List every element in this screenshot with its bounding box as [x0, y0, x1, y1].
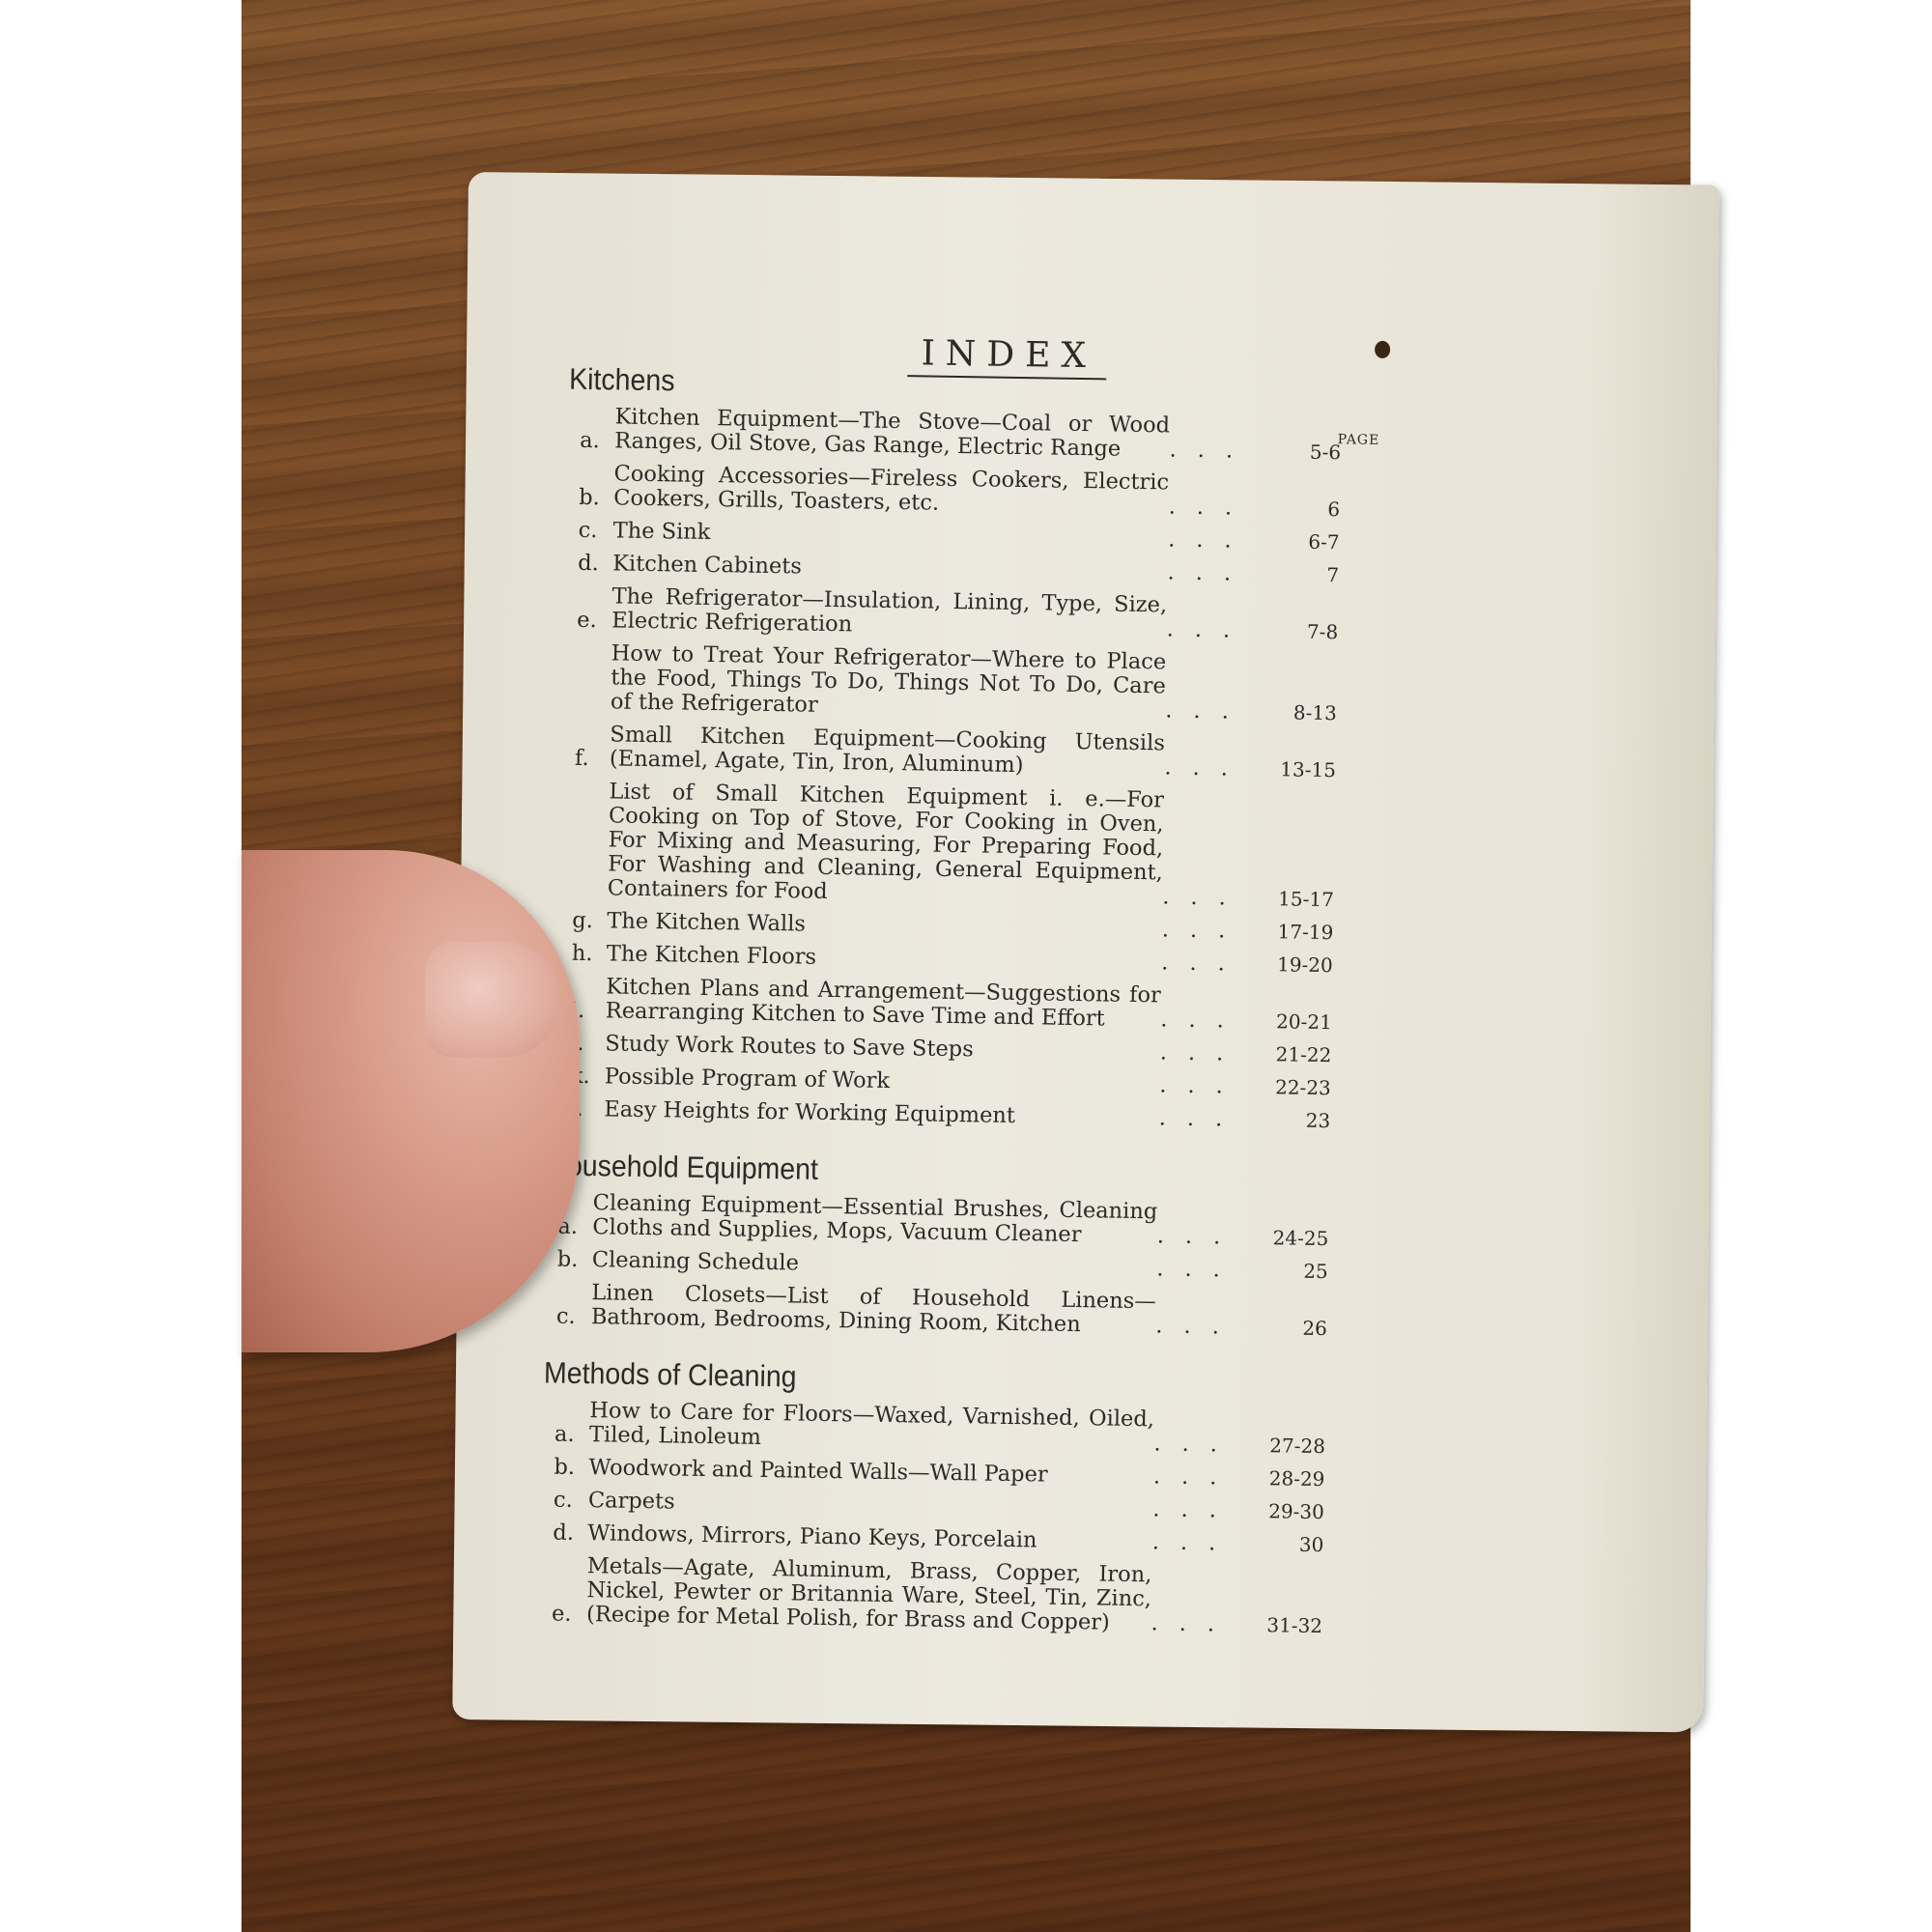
entry-page-number: 15-17 [1247, 887, 1334, 912]
entry-page-number: 17-19 [1246, 920, 1333, 945]
entry-letter: h. [560, 942, 607, 967]
index-entry: j.Study Work Routes to Save Steps...21-2… [558, 1032, 1331, 1068]
entry-letter: c. [542, 1488, 588, 1513]
index-entry: b.Cleaning Schedule...25 [546, 1247, 1328, 1284]
entry-text: Linen Closets—List of Household Linens—B… [591, 1281, 1156, 1338]
entry-page-number: 20-21 [1245, 1009, 1332, 1035]
entry-text: The Sink [613, 519, 1169, 552]
entry-text: Kitchen Plans and Arrangement—Suggestion… [606, 975, 1161, 1032]
entry-text: The Refrigerator—Insulation, Lining, Typ… [611, 584, 1167, 641]
index-entry: c.Carpets...29-30 [542, 1488, 1324, 1524]
entry-text: How to Treat Your Refrigerator—Where to … [611, 641, 1167, 723]
index-entry: e.The Refrigerator—Insulation, Lining, T… [565, 584, 1339, 645]
entry-text: Possible Program of Work [605, 1065, 1160, 1097]
index-entry: b.Woodwork and Painted Walls—Wall Paper.… [542, 1455, 1324, 1492]
index-entry: d.Windows, Mirrors, Piano Keys, Porcelai… [541, 1520, 1323, 1557]
index-entry: c.Linen Closets—List of Household Linens… [545, 1280, 1328, 1341]
index-entry-list: a.How to Care for Floors—Waxed, Varnishe… [540, 1398, 1326, 1638]
leader-dots: ... [1167, 560, 1252, 585]
entry-page-number: 5-6 [1254, 440, 1341, 465]
entry-page-number: 6 [1253, 497, 1340, 522]
entry-letter: b. [546, 1247, 592, 1272]
index-sections: KitchensPAGEa.Kitchen Equipment—The Stov… [569, 362, 1343, 1647]
entry-letter: a. [568, 429, 614, 454]
entry-letter: b. [567, 486, 613, 511]
entry-letter: e. [540, 1602, 586, 1627]
index-entry: l.Easy Heights for Working Equipment...2… [557, 1097, 1330, 1134]
leader-dots: ... [1156, 1257, 1241, 1282]
index-entry-list: a.Cleaning Equipment—Essential Brushes, … [545, 1190, 1329, 1341]
leader-dots: ... [1151, 1611, 1236, 1636]
leader-dots: ... [1153, 1432, 1238, 1457]
entry-text: List of Small Kitchen Equipment i. e.—Fo… [608, 780, 1164, 909]
entry-page-number: 29-30 [1237, 1499, 1324, 1524]
leader-dots: ... [1169, 495, 1254, 520]
entry-page-number: 28-29 [1237, 1466, 1324, 1492]
entry-text: Study Work Routes to Save Steps [605, 1032, 1160, 1065]
leader-dots: ... [1160, 1040, 1245, 1065]
entry-text: Easy Heights for Working Equipment [604, 1097, 1159, 1130]
entry-page-number: 23 [1243, 1108, 1330, 1133]
index-entry: a.Kitchen Equipment—The Stove—Coal or Wo… [568, 405, 1342, 466]
index-entry: How to Treat Your Refrigerator—Where to … [564, 641, 1338, 726]
entry-letter: a. [543, 1422, 589, 1447]
index-entry-list: a.Kitchen Equipment—The Stove—Coal or Wo… [557, 405, 1342, 1133]
entry-letter: e. [565, 609, 611, 634]
leader-dots: ... [1160, 1008, 1245, 1033]
index-entry: c.The Sink...6-7 [567, 519, 1340, 555]
entry-text: Kitchen Equipment—The Stove—Coal or Wood… [614, 405, 1170, 462]
entry-page-number: 13-15 [1249, 757, 1336, 782]
entry-page-number: 19-20 [1246, 952, 1333, 978]
leader-dots: ... [1157, 1224, 1242, 1249]
index-entry: k.Possible Program of Work...22-23 [558, 1065, 1331, 1101]
leader-dots: ... [1164, 755, 1249, 781]
entry-text: How to Care for Floors—Waxed, Varnished,… [589, 1399, 1154, 1456]
entry-text: Cleaning Equipment—Essential Brushes, Cl… [592, 1191, 1157, 1248]
entry-text: Cooking Accessories—Fireless Cookers, El… [613, 462, 1169, 519]
entry-letter [561, 900, 608, 901]
leader-dots: ... [1165, 698, 1250, 724]
leader-dots: ... [1152, 1530, 1237, 1555]
leader-dots: ... [1169, 438, 1254, 463]
entry-letter: b. [542, 1455, 588, 1480]
entry-text: Woodwork and Painted Walls—Wall Paper [588, 1456, 1153, 1489]
entry-page-number: 31-32 [1236, 1613, 1322, 1638]
entry-text: Kitchen Cabinets [612, 552, 1168, 584]
entry-text: The Kitchen Floors [607, 942, 1162, 975]
index-section: Methods of Cleaninga.How to Care for Flo… [540, 1355, 1326, 1638]
index-entry: a.Cleaning Equipment—Essential Brushes, … [546, 1190, 1329, 1251]
entry-page-number: 8-13 [1250, 700, 1337, 725]
entry-page-number: 26 [1240, 1316, 1327, 1341]
index-entry: e.Metals—Agate, Aluminum, Brass, Copper,… [540, 1553, 1323, 1638]
index-entry: d.Kitchen Cabinets...7 [566, 552, 1339, 588]
entry-letter: d. [541, 1520, 587, 1546]
index-section: KitchensPAGEa.Kitchen Equipment—The Stov… [557, 362, 1342, 1133]
leader-dots: ... [1155, 1314, 1240, 1339]
entry-page-number: 21-22 [1244, 1042, 1331, 1067]
entry-letter [564, 714, 611, 715]
entry-letter: f. [563, 747, 610, 772]
page-column-label: PAGE [1338, 432, 1380, 448]
entry-page-number: 7-8 [1251, 619, 1338, 644]
leader-dots: ... [1161, 951, 1246, 976]
thumb [241, 850, 580, 1352]
entry-letter: g. [560, 909, 607, 934]
entry-text: Metals—Agate, Aluminum, Brass, Copper, I… [586, 1554, 1152, 1635]
index-entry: a.How to Care for Floors—Waxed, Varnishe… [543, 1398, 1326, 1459]
entry-page-number: 7 [1252, 562, 1339, 587]
entry-page-number: 25 [1241, 1259, 1328, 1284]
entry-letter: c. [567, 519, 613, 544]
leader-dots: ... [1159, 1073, 1244, 1098]
thumb-nail [425, 942, 560, 1058]
entry-text: Windows, Mirrors, Piano Keys, Porcelain [587, 1521, 1152, 1554]
entry-page-number: 27-28 [1238, 1434, 1325, 1459]
index-entry: i.Kitchen Plans and Arrangement—Suggesti… [559, 975, 1333, 1036]
entry-text: Small Kitchen Equipment—Cooking Utensils… [610, 723, 1165, 780]
entry-text: Carpets [588, 1489, 1153, 1521]
leader-dots: ... [1159, 1106, 1244, 1131]
leader-dots: ... [1162, 885, 1247, 910]
binding-hole [1375, 341, 1390, 358]
entry-letter: c. [545, 1304, 591, 1329]
entry-page-number: 30 [1236, 1532, 1323, 1557]
index-entry: List of Small Kitchen Equipment i. e.—Fo… [561, 780, 1336, 913]
entry-letter: d. [566, 552, 612, 577]
leader-dots: ... [1162, 918, 1247, 943]
section-title: Methods of Cleaning [544, 1355, 1264, 1402]
index-entry: h.The Kitchen Floors...19-20 [560, 942, 1333, 979]
leader-dots: ... [1153, 1464, 1238, 1490]
entry-page-number: 6-7 [1252, 529, 1339, 554]
section-title: Household Equipment [547, 1148, 1267, 1194]
entry-text: Cleaning Schedule [592, 1248, 1157, 1281]
index-entry: b.Cooking Accessories—Fireless Cookers, … [567, 462, 1341, 523]
entry-text: The Kitchen Walls [607, 909, 1162, 942]
index-entry: g.The Kitchen Walls...17-19 [560, 909, 1333, 946]
leader-dots: ... [1168, 527, 1253, 553]
entry-page-number: 24-25 [1241, 1226, 1328, 1251]
index-section: Household Equipmenta.Cleaning Equipment—… [545, 1148, 1330, 1341]
entry-page-number: 22-23 [1244, 1075, 1331, 1100]
index-entry: f.Small Kitchen Equipment—Cooking Utensi… [563, 723, 1337, 783]
leader-dots: ... [1152, 1497, 1237, 1522]
leader-dots: ... [1167, 617, 1252, 642]
